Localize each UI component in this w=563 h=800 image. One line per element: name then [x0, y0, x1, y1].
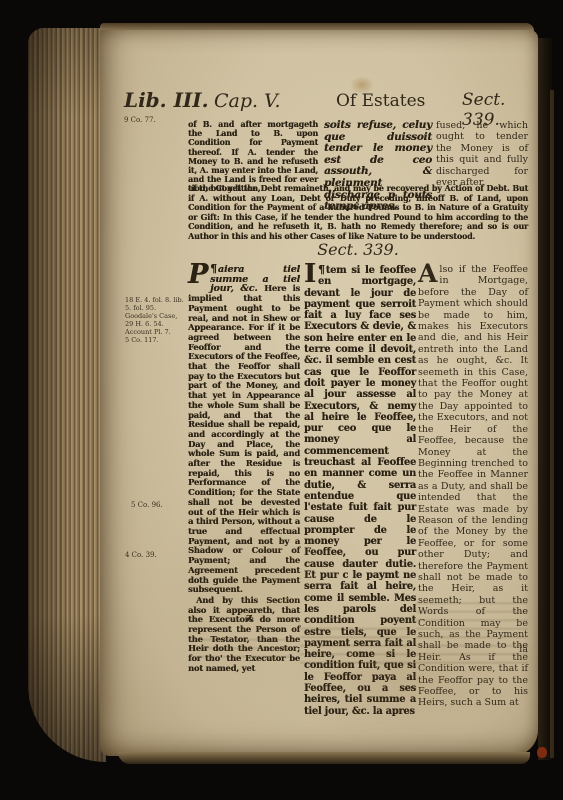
margin-note-citation: 5 Co. 96.: [131, 501, 163, 510]
margin-note-case-block: 18 E. 4. fol. 8. lib. 5. fol. 95. Goodal…: [125, 296, 187, 344]
prev-full-text: tion, but yet the Debt remaineth, and ma…: [188, 183, 528, 241]
book-page: Lib. III. Cap. V. Of Estates Sect. 339. …: [100, 30, 538, 756]
drop-cap: P: [188, 264, 208, 285]
show-through-text-ghost: [300, 622, 410, 670]
margin-note-line: 29 H. 6. 54.: [125, 320, 187, 328]
margin-note-citation: 4 Co. 39.: [125, 551, 157, 560]
main-col1-para1: ¶Paiera tiel summe a tiel jour, &c. Here…: [188, 264, 300, 595]
main-col1-text: Here is implied that this Payment ought …: [188, 283, 300, 594]
margin-note-citation: 9 Co. 77.: [124, 116, 156, 125]
page-bottom-edge: [118, 752, 530, 764]
margin-note-line: 5 Co. 117.: [125, 336, 187, 344]
show-through-text-ghost: [196, 634, 292, 664]
drop-cap: I: [304, 264, 316, 285]
prev-col3-text: fused, he which ought to tender the Mone…: [436, 120, 528, 188]
drop-cap: A: [418, 264, 437, 284]
pilcrow-mark: ¶: [318, 263, 325, 276]
running-title: Of Estates: [336, 91, 425, 111]
margin-note-line: Account Pl. 7.: [125, 328, 187, 336]
signature-mark: Z: [246, 614, 252, 624]
book-label: Lib. III.: [124, 88, 209, 112]
show-through-text-ghost: [416, 596, 528, 670]
binding-mark: [537, 747, 547, 758]
prev-section-fullwidth-paragraph: tion, but yet the Debt remaineth, and ma…: [188, 184, 528, 242]
margin-note-line: Goodale's Case,: [125, 312, 187, 320]
prev-section-column-english-roman: fused, he which ought to tender the Mone…: [436, 120, 528, 188]
page-edge-stack-shading: [28, 28, 106, 762]
book-photo: Lib. III. Cap. V. Of Estates Sect. 339. …: [0, 0, 563, 800]
section-heading: Sect. 339.: [188, 240, 528, 259]
cover-edge-line: [550, 90, 554, 758]
chapter-label: Cap. V.: [214, 90, 281, 112]
main-column-english-blackletter: ¶Paiera tiel summe a tiel jour, &c. Here…: [188, 264, 300, 674]
margin-note-line: 18 E. 4. fol. 8. lib. 5. fol. 95.: [125, 296, 187, 312]
